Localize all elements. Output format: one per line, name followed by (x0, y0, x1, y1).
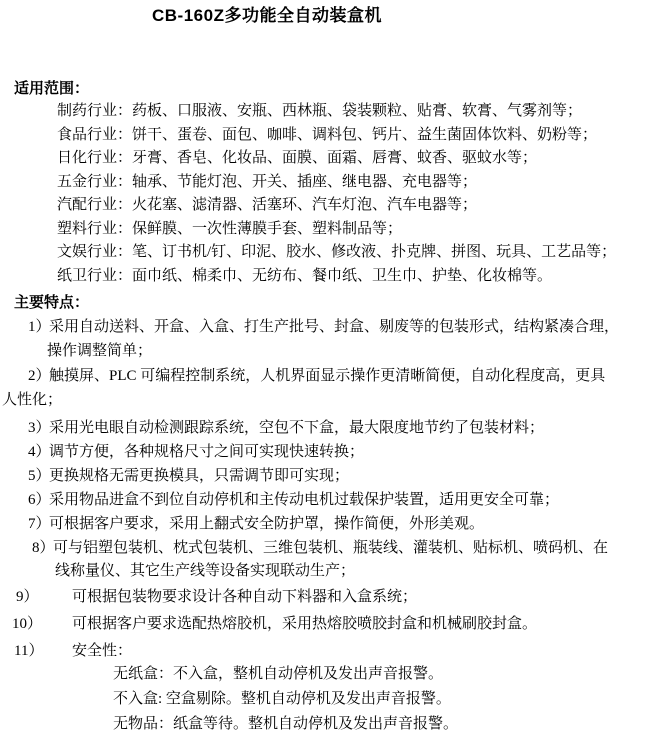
feature-10-text: 可根据客户要求选配热熔胶机，采用热熔胶喷胶封盒和机械刷胶封盒。 (72, 616, 537, 632)
feature-2-number: 2） (28, 366, 49, 386)
feature-1-line-1: 1）采用自动送料、开盒、入盒、打生产批号、封盒、剔废等的包装形式，结构紧凑合理， (28, 317, 619, 337)
feature-5-text: 更换规格无需更换模具，只需调节即可实现； (49, 468, 349, 484)
feature-1-line-2: 操作调整简单； (47, 341, 152, 361)
feature-4-text: 调节方便，各种规格尺寸之间可实现快速转换； (49, 444, 364, 460)
industry-line-plastic: 塑料行业：保鲜膜、一次性薄膜手套、塑料制品等； (57, 219, 402, 239)
industry-line-hardware: 五金行业：轴承、节能灯泡、开关、插座、继电器、充电器等； (57, 172, 477, 192)
feature-5-line: 5）更换规格无需更换模具，只需调节即可实现； (28, 466, 349, 486)
feature-8-line-2: 线称量仪、其它生产线等设备实现联动生产； (55, 561, 355, 581)
feature-1-number: 1） (28, 317, 49, 337)
feature-6-number: 6） (28, 490, 49, 510)
industry-line-food: 食品行业：饼干、蛋卷、面包、咖啡、调料包、钙片、益生菌固体饮料、奶粉等； (57, 125, 597, 145)
feature-9-text: 可根据包装物要求设计各种自动下料器和入盒系统； (72, 589, 417, 605)
feature-4-number: 4） (28, 442, 49, 462)
feature-10-number: 10） (12, 614, 72, 634)
feature-2-text: 触摸屏、PLC 可编程控制系统，人机界面显示操作更清晰简便，自动化程度高，更具 (49, 368, 605, 384)
safety-case-no-carton: 无纸盒：不入盒，整机自动停机及发出声音报警。 (113, 664, 443, 684)
feature-4-line: 4）调节方便，各种规格尺寸之间可实现快速转换； (28, 442, 364, 462)
feature-3-line: 3）采用光电眼自动检测跟踪系统，空包不下盒，最大限度地节约了包装材料； (28, 418, 544, 438)
feature-5-number: 5） (28, 466, 49, 486)
industry-line-paper: 纸卫行业：面巾纸、棉柔巾、无纺布、餐巾纸、卫生巾、护垫、化妆棉等。 (57, 266, 552, 286)
feature-8-line-1: 8）可与铝塑包装机、枕式包装机、三维包装机、瓶装线、灌装机、贴标机、喷码机、在 (32, 538, 608, 558)
feature-11-number: 11） (14, 641, 72, 661)
feature-1-text: 采用自动送料、开盒、入盒、打生产批号、封盒、剔废等的包装形式，结构紧凑合理， (49, 319, 619, 335)
safety-case-no-product: 无物品：纸盒等待。整机自动停机及发出声音报警。 (113, 714, 458, 734)
doc-title: CB-160Z多功能全自动装盒机 (152, 6, 382, 26)
feature-7-text: 可根据客户要求，采用上翻式安全防护罩，操作简便，外形美观。 (49, 516, 484, 532)
scope-heading: 适用范围： (14, 79, 89, 99)
feature-3-text: 采用光电眼自动检测跟踪系统，空包不下盒，最大限度地节约了包装材料； (49, 420, 544, 436)
feature-3-number: 3） (28, 418, 49, 438)
safety-case-no-insert: 不入盒: 空盒剔除。整机自动停机及发出声音报警。 (113, 689, 451, 709)
feature-6-line: 6）采用物品进盒不到位自动停机和主传动电机过载保护装置，适用更安全可靠； (28, 490, 559, 510)
feature-8-number: 8） (32, 538, 53, 558)
document-page: { "colors": { "text": "#000000", "backgr… (0, 0, 667, 740)
feature-10-line: 10）可根据客户要求选配热熔胶机，采用热熔胶喷胶封盒和机械刷胶封盒。 (12, 614, 537, 634)
industry-line-pharma: 制药行业：药板、口服液、安瓶、西林瓶、袋装颗粒、贴膏、软膏、气雾剂等； (57, 101, 582, 121)
feature-7-line: 7）可根据客户要求，采用上翻式安全防护罩，操作简便，外形美观。 (28, 514, 484, 534)
feature-11-text: 安全性： (72, 643, 132, 659)
feature-7-number: 7） (28, 514, 49, 534)
industry-line-culture: 文娱行业：笔、订书机/钉、印泥、胶水、修改液、扑克牌、拼图、玩具、工艺品等； (57, 242, 616, 262)
industry-line-auto: 汽配行业：火花塞、滤清器、活塞环、汽车灯泡、汽车电器等； (57, 195, 477, 215)
feature-8-text: 可与铝塑包装机、枕式包装机、三维包装机、瓶装线、灌装机、贴标机、喷码机、在 (53, 540, 608, 556)
features-heading: 主要特点： (14, 293, 89, 313)
feature-9-line: 9）可根据包装物要求设计各种自动下料器和入盒系统； (16, 587, 417, 607)
feature-9-number: 9） (16, 587, 72, 607)
industry-line-daily: 日化行业：牙膏、香皂、化妆品、面膜、面霜、唇膏、蚊香、驱蚊水等； (57, 148, 537, 168)
feature-2-line-1: 2）触摸屏、PLC 可编程控制系统，人机界面显示操作更清晰简便，自动化程度高，更… (28, 366, 605, 386)
feature-11-line: 11）安全性： (14, 641, 132, 661)
feature-6-text: 采用物品进盒不到位自动停机和主传动电机过载保护装置，适用更安全可靠； (49, 492, 559, 508)
feature-2-line-2: 人性化； (2, 390, 62, 410)
